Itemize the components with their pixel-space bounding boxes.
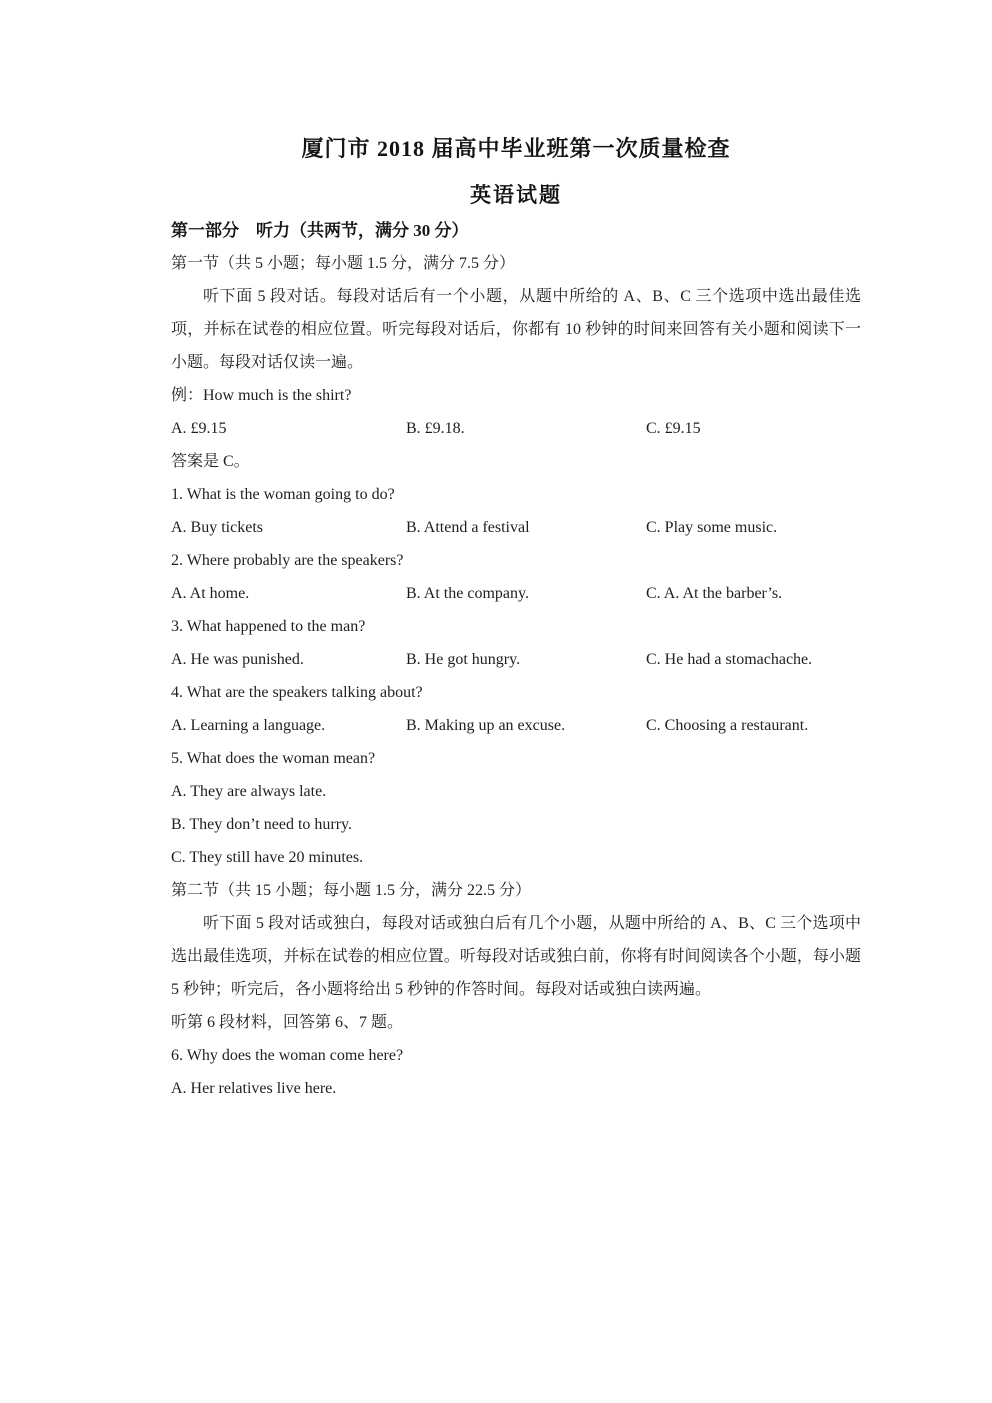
section2-instructions: 听下面 5 段对话或独白，每段对话或独白后有几个小题，从题中所给的 A、B、C … (171, 907, 861, 1006)
question-5-text: 5. What does the woman mean? (171, 742, 861, 775)
question-2-options-row: A. At home. B. At the company. C. A. At … (171, 577, 861, 610)
question-2-option-a: A. At home. (171, 577, 406, 610)
question-4-option-a: A. Learning a language. (171, 709, 406, 742)
question-3-option-a: A. He was punished. (171, 643, 406, 676)
question-3-option-b: B. He got hungry. (406, 643, 646, 676)
example-answer: 答案是 C。 (171, 445, 861, 478)
question-3-options-row: A. He was punished. B. He got hungry. C.… (171, 643, 861, 676)
question-2-option-c: C. A. At the barber’s. (646, 577, 861, 610)
question-5-option-a: A. They are always late. (171, 775, 861, 808)
question-4-option-b: B. Making up an excuse. (406, 709, 646, 742)
question-2-text: 2. Where probably are the speakers? (171, 544, 861, 577)
question-4-options-row: A. Learning a language. B. Making up an … (171, 709, 861, 742)
example-option-a: A. £9.15 (171, 412, 406, 445)
section1-heading: 第一节（共 5 小题；每小题 1.5 分，满分 7.5 分） (171, 247, 861, 280)
example-prompt: 例：How much is the shirt? (171, 379, 861, 412)
question-6-text: 6. Why does the woman come here? (171, 1039, 861, 1072)
exam-content: 厦门市 2018 届高中毕业班第一次质量检查 英语试题 第一部分 听力（共两节，… (171, 0, 861, 1105)
section2-heading: 第二节（共 15 小题；每小题 1.5 分，满分 22.5 分） (171, 874, 861, 907)
exam-paper-page: 厦门市 2018 届高中毕业班第一次质量检查 英语试题 第一部分 听力（共两节，… (0, 0, 992, 1403)
example-option-b: B. £9.18. (406, 412, 646, 445)
part1-heading: 第一部分 听力（共两节，满分 30 分） (171, 214, 861, 247)
question-5-option-c: C. They still have 20 minutes. (171, 841, 861, 874)
example-options-row: A. £9.15 B. £9.18. C. £9.15 (171, 412, 861, 445)
section1-instructions: 听下面 5 段对话。每段对话后有一个小题，从题中所给的 A、B、C 三个选项中选… (171, 280, 861, 379)
question-1-option-b: B. Attend a festival (406, 511, 646, 544)
question-1-option-c: C. Play some music. (646, 511, 861, 544)
exam-title: 厦门市 2018 届高中毕业班第一次质量检查 (171, 134, 861, 164)
question-4-option-c: C. Choosing a restaurant. (646, 709, 861, 742)
example-option-c: C. £9.15 (646, 412, 861, 445)
question-5-option-b: B. They don’t need to hurry. (171, 808, 861, 841)
question-3-text: 3. What happened to the man? (171, 610, 861, 643)
question-1-text: 1. What is the woman going to do? (171, 478, 861, 511)
question-4-text: 4. What are the speakers talking about? (171, 676, 861, 709)
question-6-option-a: A. Her relatives live here. (171, 1072, 861, 1105)
exam-subtitle: 英语试题 (171, 180, 861, 210)
material-note: 听第 6 段材料，回答第 6、7 题。 (171, 1006, 861, 1039)
question-1-options-row: A. Buy tickets B. Attend a festival C. P… (171, 511, 861, 544)
question-3-option-c: C. He had a stomachache. (646, 643, 861, 676)
question-1-option-a: A. Buy tickets (171, 511, 406, 544)
question-2-option-b: B. At the company. (406, 577, 646, 610)
